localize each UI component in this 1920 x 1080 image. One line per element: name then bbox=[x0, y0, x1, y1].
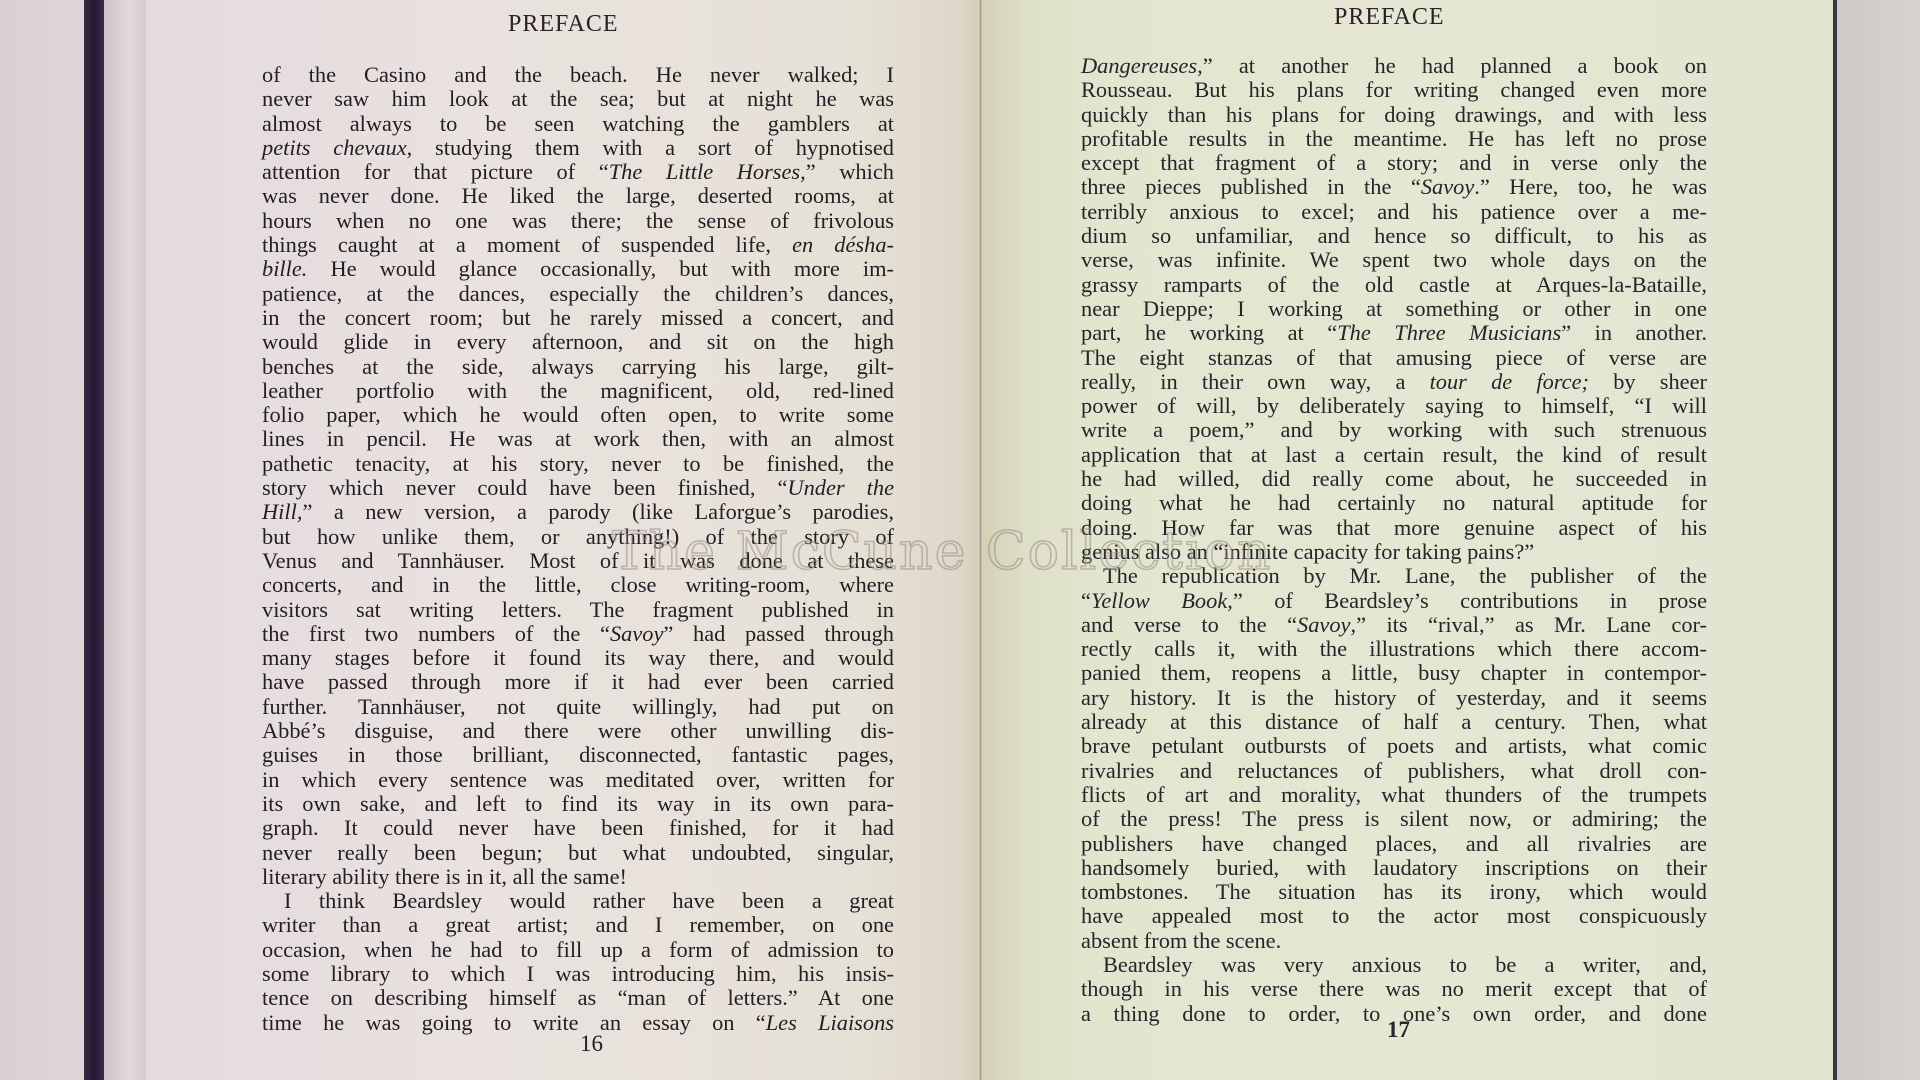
text-line: visitors sat writing letters. The fragme… bbox=[262, 598, 894, 622]
watermark: The McCune Collection bbox=[612, 522, 1273, 582]
text-line: near Dieppe; I working at something or o… bbox=[1081, 297, 1707, 321]
text-line: story which never could have been finish… bbox=[262, 476, 894, 500]
text-line: lines in pencil. He was at work then, wi… bbox=[262, 427, 894, 451]
text-line: many stages before it found its way ther… bbox=[262, 646, 894, 670]
text-line: its own sake, and left to find its way i… bbox=[262, 792, 894, 816]
text-line: brave petulant outbursts of poets and ar… bbox=[1081, 734, 1707, 758]
text-line: in the concert room; but he rarely misse… bbox=[262, 306, 894, 330]
text-line: panied them, reopens a little, busy chap… bbox=[1081, 661, 1707, 685]
text-line: literary ability there is in it, all the… bbox=[262, 865, 894, 889]
text-line: terribly anxious to excel; and his patie… bbox=[1081, 200, 1707, 224]
text-line: guises in those brilliant, disconnected,… bbox=[262, 743, 894, 767]
text-line: have appealed most to the actor most con… bbox=[1081, 904, 1707, 928]
text-line: almost always to be seen watching the ga… bbox=[262, 112, 894, 136]
text-line: except that fragment of a story; and in … bbox=[1081, 151, 1707, 175]
text-line: doing what he had certainly no natural a… bbox=[1081, 491, 1707, 515]
text-line: pathetic tenacity, at his story, never t… bbox=[262, 452, 894, 476]
text-line: though in his verse there was no merit e… bbox=[1081, 977, 1707, 1001]
text-line: have passed through more if it had ever … bbox=[262, 670, 894, 694]
page-number-right: 17 bbox=[1387, 1017, 1410, 1043]
text-line: graph. It could never have been finished… bbox=[262, 816, 894, 840]
page-stack-edge bbox=[104, 0, 146, 1080]
text-line: tence on describing himself as “man of l… bbox=[262, 986, 894, 1010]
text-line: really, in their own way, a tour de forc… bbox=[1081, 370, 1707, 394]
text-line: writer than a great artist; and I rememb… bbox=[262, 913, 894, 937]
background-surface-left bbox=[0, 0, 85, 1080]
background-surface-right bbox=[1837, 0, 1920, 1080]
text-line: Dangereuses,” at another he had planned … bbox=[1081, 54, 1707, 78]
text-line: publishers have changed places, and all … bbox=[1081, 832, 1707, 856]
text-line: would glide in every afternoon, and sit … bbox=[262, 330, 894, 354]
text-line: patience, at the dances, especially the … bbox=[262, 282, 894, 306]
text-line: rectly calls it, with the illustrations … bbox=[1081, 637, 1707, 661]
text-line: petits chevaux, studying them with a sor… bbox=[262, 136, 894, 160]
text-line: dium so unfamiliar, and hence so difficu… bbox=[1081, 224, 1707, 248]
page-number-left: 16 bbox=[580, 1031, 603, 1057]
text-line: time he was going to write an essay on “… bbox=[262, 1011, 894, 1035]
text-line: I think Beardsley would rather have been… bbox=[262, 889, 894, 913]
text-line: already at this distance of half a centu… bbox=[1081, 710, 1707, 734]
text-line: of the press! The press is silent now, o… bbox=[1081, 807, 1707, 831]
text-line: benches at the side, always carrying his… bbox=[262, 355, 894, 379]
text-line: “Yellow Book,” of Beardsley’s contributi… bbox=[1081, 589, 1707, 613]
text-line: Abbé’s disguise, and there were other un… bbox=[262, 719, 894, 743]
text-line: and verse to the “Savoy,” its “rival,” a… bbox=[1081, 613, 1707, 637]
text-line: Beardsley was very anxious to be a write… bbox=[1081, 953, 1707, 977]
text-line: folio paper, which he would often open, … bbox=[262, 403, 894, 427]
text-line: The eight stanzas of that amusing piece … bbox=[1081, 346, 1707, 370]
text-line: never saw him look at the sea; but at ni… bbox=[262, 87, 894, 111]
text-line: application that at last a certain resul… bbox=[1081, 443, 1707, 467]
text-line: quickly than his plans for doing drawing… bbox=[1081, 103, 1707, 127]
text-line: flicts of art and morality, what thunder… bbox=[1081, 783, 1707, 807]
running-head-left: PREFACE bbox=[508, 11, 619, 38]
text-line: of the Casino and the beach. He never wa… bbox=[262, 63, 894, 87]
text-line: tombstones. The situation has its irony,… bbox=[1081, 880, 1707, 904]
text-line: the first two numbers of the “Savoy” had… bbox=[262, 622, 894, 646]
text-line: in which every sentence was meditated ov… bbox=[262, 768, 894, 792]
text-line: Hill,” a new version, a parody (like Laf… bbox=[262, 500, 894, 524]
book-cover-edge-left bbox=[84, 0, 104, 1080]
text-line: handsomely buried, with laudatory inscri… bbox=[1081, 856, 1707, 880]
text-line: some library to which I was introducing … bbox=[262, 962, 894, 986]
text-line: rivalries and reluctances of publishers,… bbox=[1081, 759, 1707, 783]
text-line: absent from the scene. bbox=[1081, 929, 1707, 953]
text-line: hours when no one was there; the sense o… bbox=[262, 209, 894, 233]
text-line: power of will, by deliberately saying to… bbox=[1081, 394, 1707, 418]
text-line: part, he working at “The Three Musicians… bbox=[1081, 321, 1707, 345]
text-line: he had willed, did really come about, he… bbox=[1081, 467, 1707, 491]
text-line: grassy ramparts of the old castle at Arq… bbox=[1081, 273, 1707, 297]
text-line: was never done. He liked the large, dese… bbox=[262, 184, 894, 208]
text-line: verse, was infinite. We spent two whole … bbox=[1081, 248, 1707, 272]
text-line: things caught at a moment of suspended l… bbox=[262, 233, 894, 257]
text-line: attention for that picture of “The Littl… bbox=[262, 160, 894, 184]
running-head-right: PREFACE bbox=[1334, 4, 1445, 31]
text-line: Rousseau. But his plans for writing chan… bbox=[1081, 78, 1707, 102]
text-line: bille. He would glance occasionally, but… bbox=[262, 257, 894, 281]
text-line: three pieces published in the “Savoy.” H… bbox=[1081, 175, 1707, 199]
text-line: leather portfolio with the magnificent, … bbox=[262, 379, 894, 403]
text-line: occasion, when he had to fill up a form … bbox=[262, 938, 894, 962]
text-line: profitable results in the meantime. He h… bbox=[1081, 127, 1707, 151]
text-line: ary history. It is the history of yester… bbox=[1081, 686, 1707, 710]
text-line: further. Tannhäuser, not quite willingly… bbox=[262, 695, 894, 719]
text-line: never really been begun; but what undoub… bbox=[262, 841, 894, 865]
text-line: write a poem,” and by working with such … bbox=[1081, 418, 1707, 442]
